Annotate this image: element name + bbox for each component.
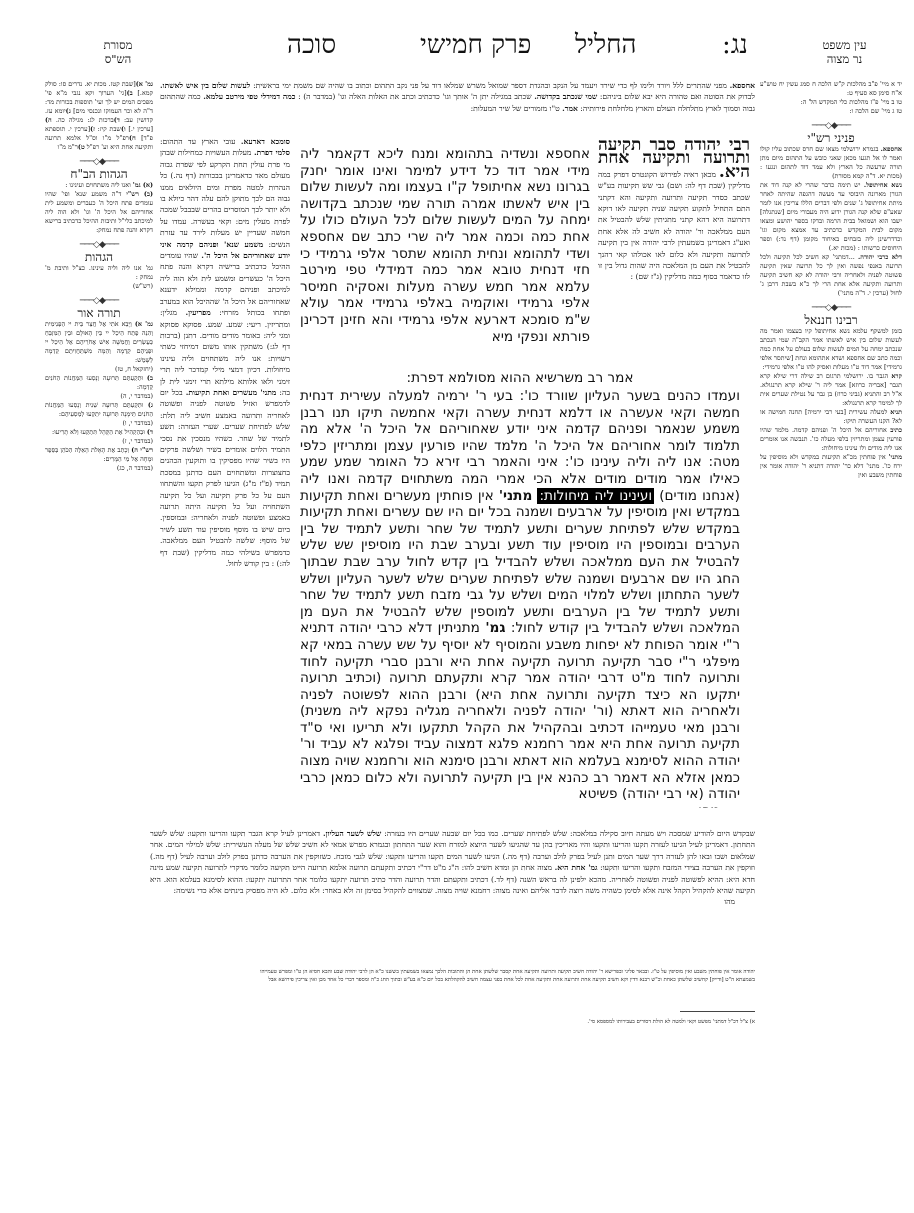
rashi-left-column: סומכא דארעא. עובי הארץ עד התהום: סלמי דפ… bbox=[160, 136, 290, 826]
ein-mishpat: יד א מיי' פ"ב מהלכות ק"ש הלכה ח סמג עשין… bbox=[760, 80, 902, 116]
ornament-divider: ───◆◇─── bbox=[45, 158, 153, 167]
gemara-line-end: אמר רב משרשיא ההוא מסולמא דפרת: bbox=[300, 370, 780, 388]
torah-or: גמ' א) וַיָּבֵא אֹתִי אֶל חֲצַר בֵּית יי… bbox=[45, 320, 153, 473]
highlighted-passage: ועינינו ליה מיחולות: bbox=[537, 488, 654, 504]
gemara-text-top: אחספא ונשדיה בתהומא ומנח ליכא דקאמר ליה … bbox=[300, 146, 590, 371]
ornament-divider: ───◆◇─── bbox=[760, 122, 902, 131]
continuation-text: יהודה אומר אין פוחתין משבע ואין מוסיפין … bbox=[95, 968, 755, 1008]
ein-mishpat-entry: יד א מיי' פ"ב מהלכות ק"ש הלכה ח סמג עשין… bbox=[760, 80, 902, 98]
tractate-name: סוכה bbox=[287, 30, 336, 60]
penei-rashi: אחספא. בגמרא ירושלמי מצאו שם חרס שכתוב ע… bbox=[760, 145, 902, 298]
commentary-right-block: רבי יהודה סבר תקיעה ותרועה ותקיעה אחת הי… bbox=[598, 140, 750, 368]
ein-mishpat-entry: טז ג מיי' שם הלכה ו: bbox=[760, 107, 902, 116]
left-margin: גמ' א)[שבת קטז. מכות יא. נדרים סו: סולק … bbox=[45, 80, 153, 820]
rashi-bottom: שבקדש היום להודיע שמסכה ויש מעתה חיוב סק… bbox=[150, 828, 755, 958]
masoret-hashas-heading: מסורת הש"ס bbox=[78, 38, 158, 66]
rabbeinu-chananel: בזמן למשקף עלמא נשא אחיתופל קיו בעצמו וא… bbox=[760, 327, 902, 480]
ornament-divider: ───◆◇─── bbox=[45, 297, 153, 306]
gemara-label: גמ' bbox=[485, 620, 505, 636]
ornament-divider: ───◆◇─── bbox=[45, 241, 153, 250]
gemara-text-main: ועמדו כהנים בשער העליון שוורד כו': בעי ר… bbox=[300, 388, 740, 808]
mishnah-label: מתני' bbox=[499, 488, 532, 504]
daf-number: נג: bbox=[722, 30, 748, 60]
hagahot: גמ' אנו ליה וליה עינינו. כצ"ל ותיבת מ' נ… bbox=[45, 264, 153, 291]
rashi-end-word: מהו bbox=[150, 896, 755, 907]
ein-mishpat-entry: טו ב מיי' פ"ז מהלכות כלי המקדש הל' ה: bbox=[760, 98, 902, 107]
perek-name: החליל bbox=[575, 30, 636, 60]
hagahot-title: הגהות bbox=[45, 253, 153, 262]
right-margin: יד א מיי' פ"ב מהלכות ק"ש הלכה ח סמג עשין… bbox=[760, 80, 902, 980]
masoret-hashas: גמ' א)[שבת קטז. מכות יא. נדרים סו: סולק … bbox=[45, 80, 153, 152]
perek-number: פרק חמישי bbox=[420, 30, 531, 60]
hagahot-habach: (א) גמ' ואנו ליה משתחוים ועינינו : (ב) ר… bbox=[45, 181, 153, 235]
ornament-divider: ───◆◇─── bbox=[760, 304, 902, 313]
gemara-end-word: מהו bbox=[300, 803, 740, 808]
hagahot-habach-title: הגהות הב"ח bbox=[45, 170, 153, 179]
rabbeinu-chananel-title: רבינו חננאל bbox=[760, 316, 902, 325]
ein-mishpat-heading: עין משפט נר מצוה bbox=[797, 38, 892, 66]
torah-or-title: תורה אור bbox=[45, 309, 153, 318]
footnote-rule bbox=[680, 1011, 755, 1012]
footnote: א) צ"ל דכ"ל דמתני' מפשט וקאי ולמטה לא הו… bbox=[400, 1018, 755, 1026]
penei-rashi-title: פניני רש"י bbox=[760, 134, 902, 143]
rashi-top: אחספא. מפני שהתרים ללל ויורד ולימו לף כד… bbox=[160, 80, 755, 138]
